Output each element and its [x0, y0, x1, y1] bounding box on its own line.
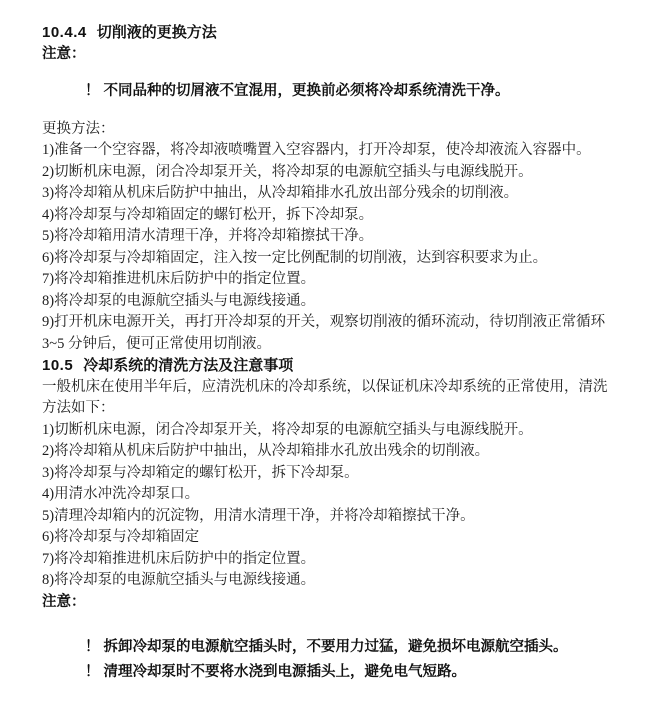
warning-text: ！ 不同品种的切屑液不宜混用，更换前必须将冷却系统清洗干净。: [42, 81, 616, 103]
step-line: 3)将冷却箱从机床后防护中抽出，从冷却箱排水孔放出部分残余的切削液。: [42, 183, 616, 205]
step-line: 8)将冷却泵的电源航空插头与电源线接通。: [42, 291, 616, 313]
section-heading-105: 10.5冷却系统的清洗方法及注意事项: [42, 355, 616, 377]
step-line: 3)将冷却泵与冷却箱定的螺钉松开，拆下冷却泵。: [42, 463, 616, 485]
method-label: 更换方法：: [42, 119, 616, 141]
step-line: 7)将冷却箱推进机床后防护中的指定位置。: [42, 269, 616, 291]
step-line: 6)将冷却泵与冷却箱固定: [42, 527, 616, 549]
step-line: 1)切断机床电源，闭合冷却泵开关，将冷却泵的电源航空插头与电源线脱开。: [42, 420, 616, 442]
step-line: 8)将冷却泵的电源航空插头与电源线接通。: [42, 570, 616, 592]
step-line: 5)清理冷却箱内的沉淀物，用清水清理干净，并将冷却箱擦拭干净。: [42, 506, 616, 528]
section-intro: 一般机床在使用半年后，应清洗机床的冷却系统，以保证机床冷却系统的正常使用，清洗方…: [42, 377, 616, 420]
warning-text: ！ 清理冷却泵时不要将水浇到电源插头上，避免电气短路。: [42, 660, 616, 685]
section-number: 10.5: [42, 357, 73, 374]
warning-text: ！ 拆卸冷却泵的电源航空插头时，不要用力过猛，避免损坏电源航空插头。: [42, 635, 616, 660]
step-line: 4)用清水冲洗冷却泵口。: [42, 484, 616, 506]
document-page: 10.4.4切削液的更换方法 注意： ！ 不同品种的切屑液不宜混用，更换前必须将…: [0, 0, 656, 715]
step-line: 2)将冷却箱从机床后防护中抽出，从冷却箱排水孔放出残余的切削液。: [42, 441, 616, 463]
step-line: 4)将冷却泵与冷却箱固定的螺钉松开，拆下冷却泵。: [42, 205, 616, 227]
section-heading-1044: 10.4.4切削液的更换方法: [42, 22, 616, 44]
notice-label: 注意：: [42, 44, 616, 66]
step-line: 6)将冷却泵与冷却箱固定，注入按一定比例配制的切削液，达到容积要求为止。: [42, 248, 616, 270]
section-title: 切削液的更换方法: [97, 24, 217, 41]
step-line: 2)切断机床电源，闭合冷却泵开关，将冷却泵的电源航空插头与电源线脱开。: [42, 162, 616, 184]
step-line: 1)准备一个空容器，将冷却液喷嘴置入空容器内，打开冷却泵，使冷却液流入容器中。: [42, 140, 616, 162]
step-line: 9)打开机床电源开关，再打开冷却泵的开关，观察切削液的循环流动，待切削液正常循环…: [42, 312, 616, 355]
step-line: 5)将冷却箱用清水清理干净，并将冷却箱擦拭干净。: [42, 226, 616, 248]
section-title: 冷却系统的清洗方法及注意事项: [83, 357, 293, 374]
step-line: 7)将冷却箱推进机床后防护中的指定位置。: [42, 549, 616, 571]
warning-list: ！ 拆卸冷却泵的电源航空插头时，不要用力过猛，避免损坏电源航空插头。 ！ 清理冷…: [42, 635, 616, 685]
notice-label: 注意：: [42, 592, 616, 614]
section-number: 10.4.4: [42, 24, 87, 41]
